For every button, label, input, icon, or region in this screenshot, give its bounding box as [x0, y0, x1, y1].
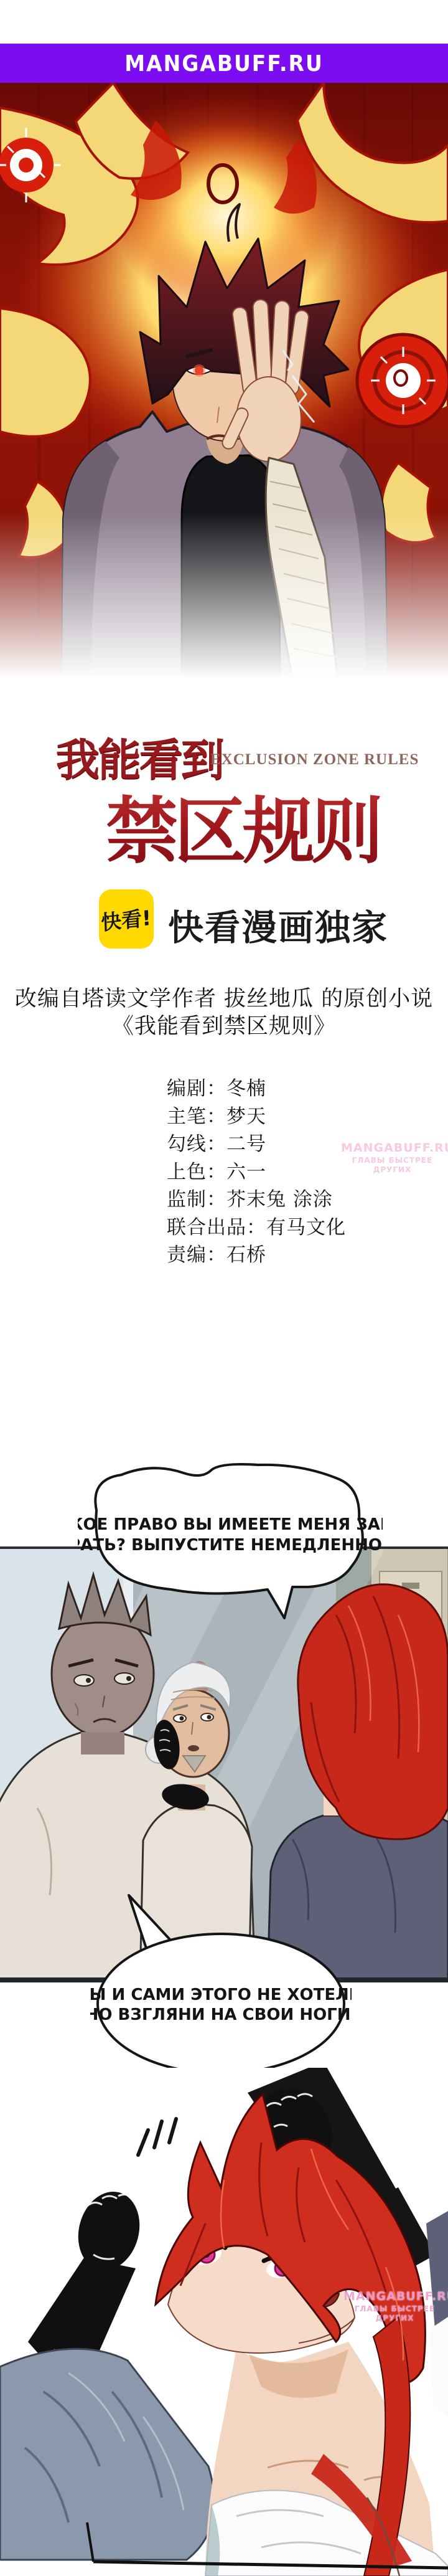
kuaikan-logo: 快看! — [99, 889, 154, 949]
watermark-site: MANGABUFF.RU — [341, 1141, 444, 1156]
site-banner-text: MANGABUFF.RU — [124, 50, 324, 76]
watermark-slogan: ГЛАВЫ БЫСТРЕЕ ДРУГИХ — [341, 1156, 444, 1175]
cover-art — [0, 83, 448, 679]
bubble1-line1: КАКОЕ ПРАВО ВЫ ИМЕЕТЕ МЕНЯ ЗАПИ- — [78, 1515, 383, 1534]
bubble1-line2: РАТЬ? ВЫПУСТИТЕ НЕМЕДЛЕННО! — [78, 1536, 383, 1555]
watermark-slogan: ГЛАВЫ БЫСТРЕЕ ДРУГИХ — [343, 2304, 446, 2323]
watermark-site: MANGABUFF.RU — [343, 2290, 446, 2304]
credit-line: 责编：石桥 — [167, 1241, 346, 1269]
title-english: EXCLUSION ZONE RULES — [210, 751, 419, 769]
credit-line: 主笔：梦天 — [167, 1103, 346, 1131]
bubble2-line2: НО ВЗГЛЯНИ НА СВОИ НОГИ. — [90, 2005, 352, 2024]
credit-line: 编剧：冬楠 — [167, 1075, 346, 1103]
watermark: MANGABUFF.RU ГЛАВЫ БЫСТРЕЕ ДРУГИХ — [341, 1141, 444, 1175]
adaptation-note-line1: 改编自塔读文学作者 拔丝地瓜 的原创小说 — [0, 982, 448, 1013]
credit-line: 监制：芥末兔 涂涂 — [167, 1186, 346, 1214]
speech-bubble-2: МЫ И САМИ ЭТОГО НЕ ХОТЕЛИ, НО ВЗГЛЯНИ НА… — [90, 1884, 352, 2077]
cover-fade — [0, 513, 448, 679]
eye-orb-right — [357, 334, 448, 427]
publisher-label: 快看漫画独家 — [168, 899, 388, 950]
kuaikan-logo-text: 快看! — [101, 902, 152, 937]
halo-ring — [208, 165, 237, 202]
credit-line: 上色：六一 — [167, 1158, 346, 1186]
bubble2-line1: МЫ И САМИ ЭТОГО НЕ ХОТЕЛИ, — [90, 1986, 352, 2004]
watermark: MANGABUFF.RU ГЛАВЫ БЫСТРЕЕ ДРУГИХ — [343, 2290, 446, 2323]
site-banner: MANGABUFF.RU — [0, 44, 448, 83]
manga-reader-page: MANGABUFF.RU — [0, 0, 448, 2576]
speech-bubble-1: КАКОЕ ПРАВО ВЫ ИМЕЕТЕ МЕНЯ ЗАПИ- РАТЬ? В… — [78, 1451, 383, 1638]
credit-line: 联合出品：有马文化 — [167, 1214, 346, 1242]
adaptation-note-line2: 《我能看到禁区规则》 — [0, 1009, 448, 1040]
credit-line: 勾线：二号 — [167, 1130, 346, 1158]
title-chinese-main: 禁区规则 — [87, 774, 398, 878]
credits-list: 编剧：冬楠 主笔：梦天 勾线：二号 上色：六一 监制：芥末兔 涂涂 联合出品：有… — [167, 1075, 346, 1269]
